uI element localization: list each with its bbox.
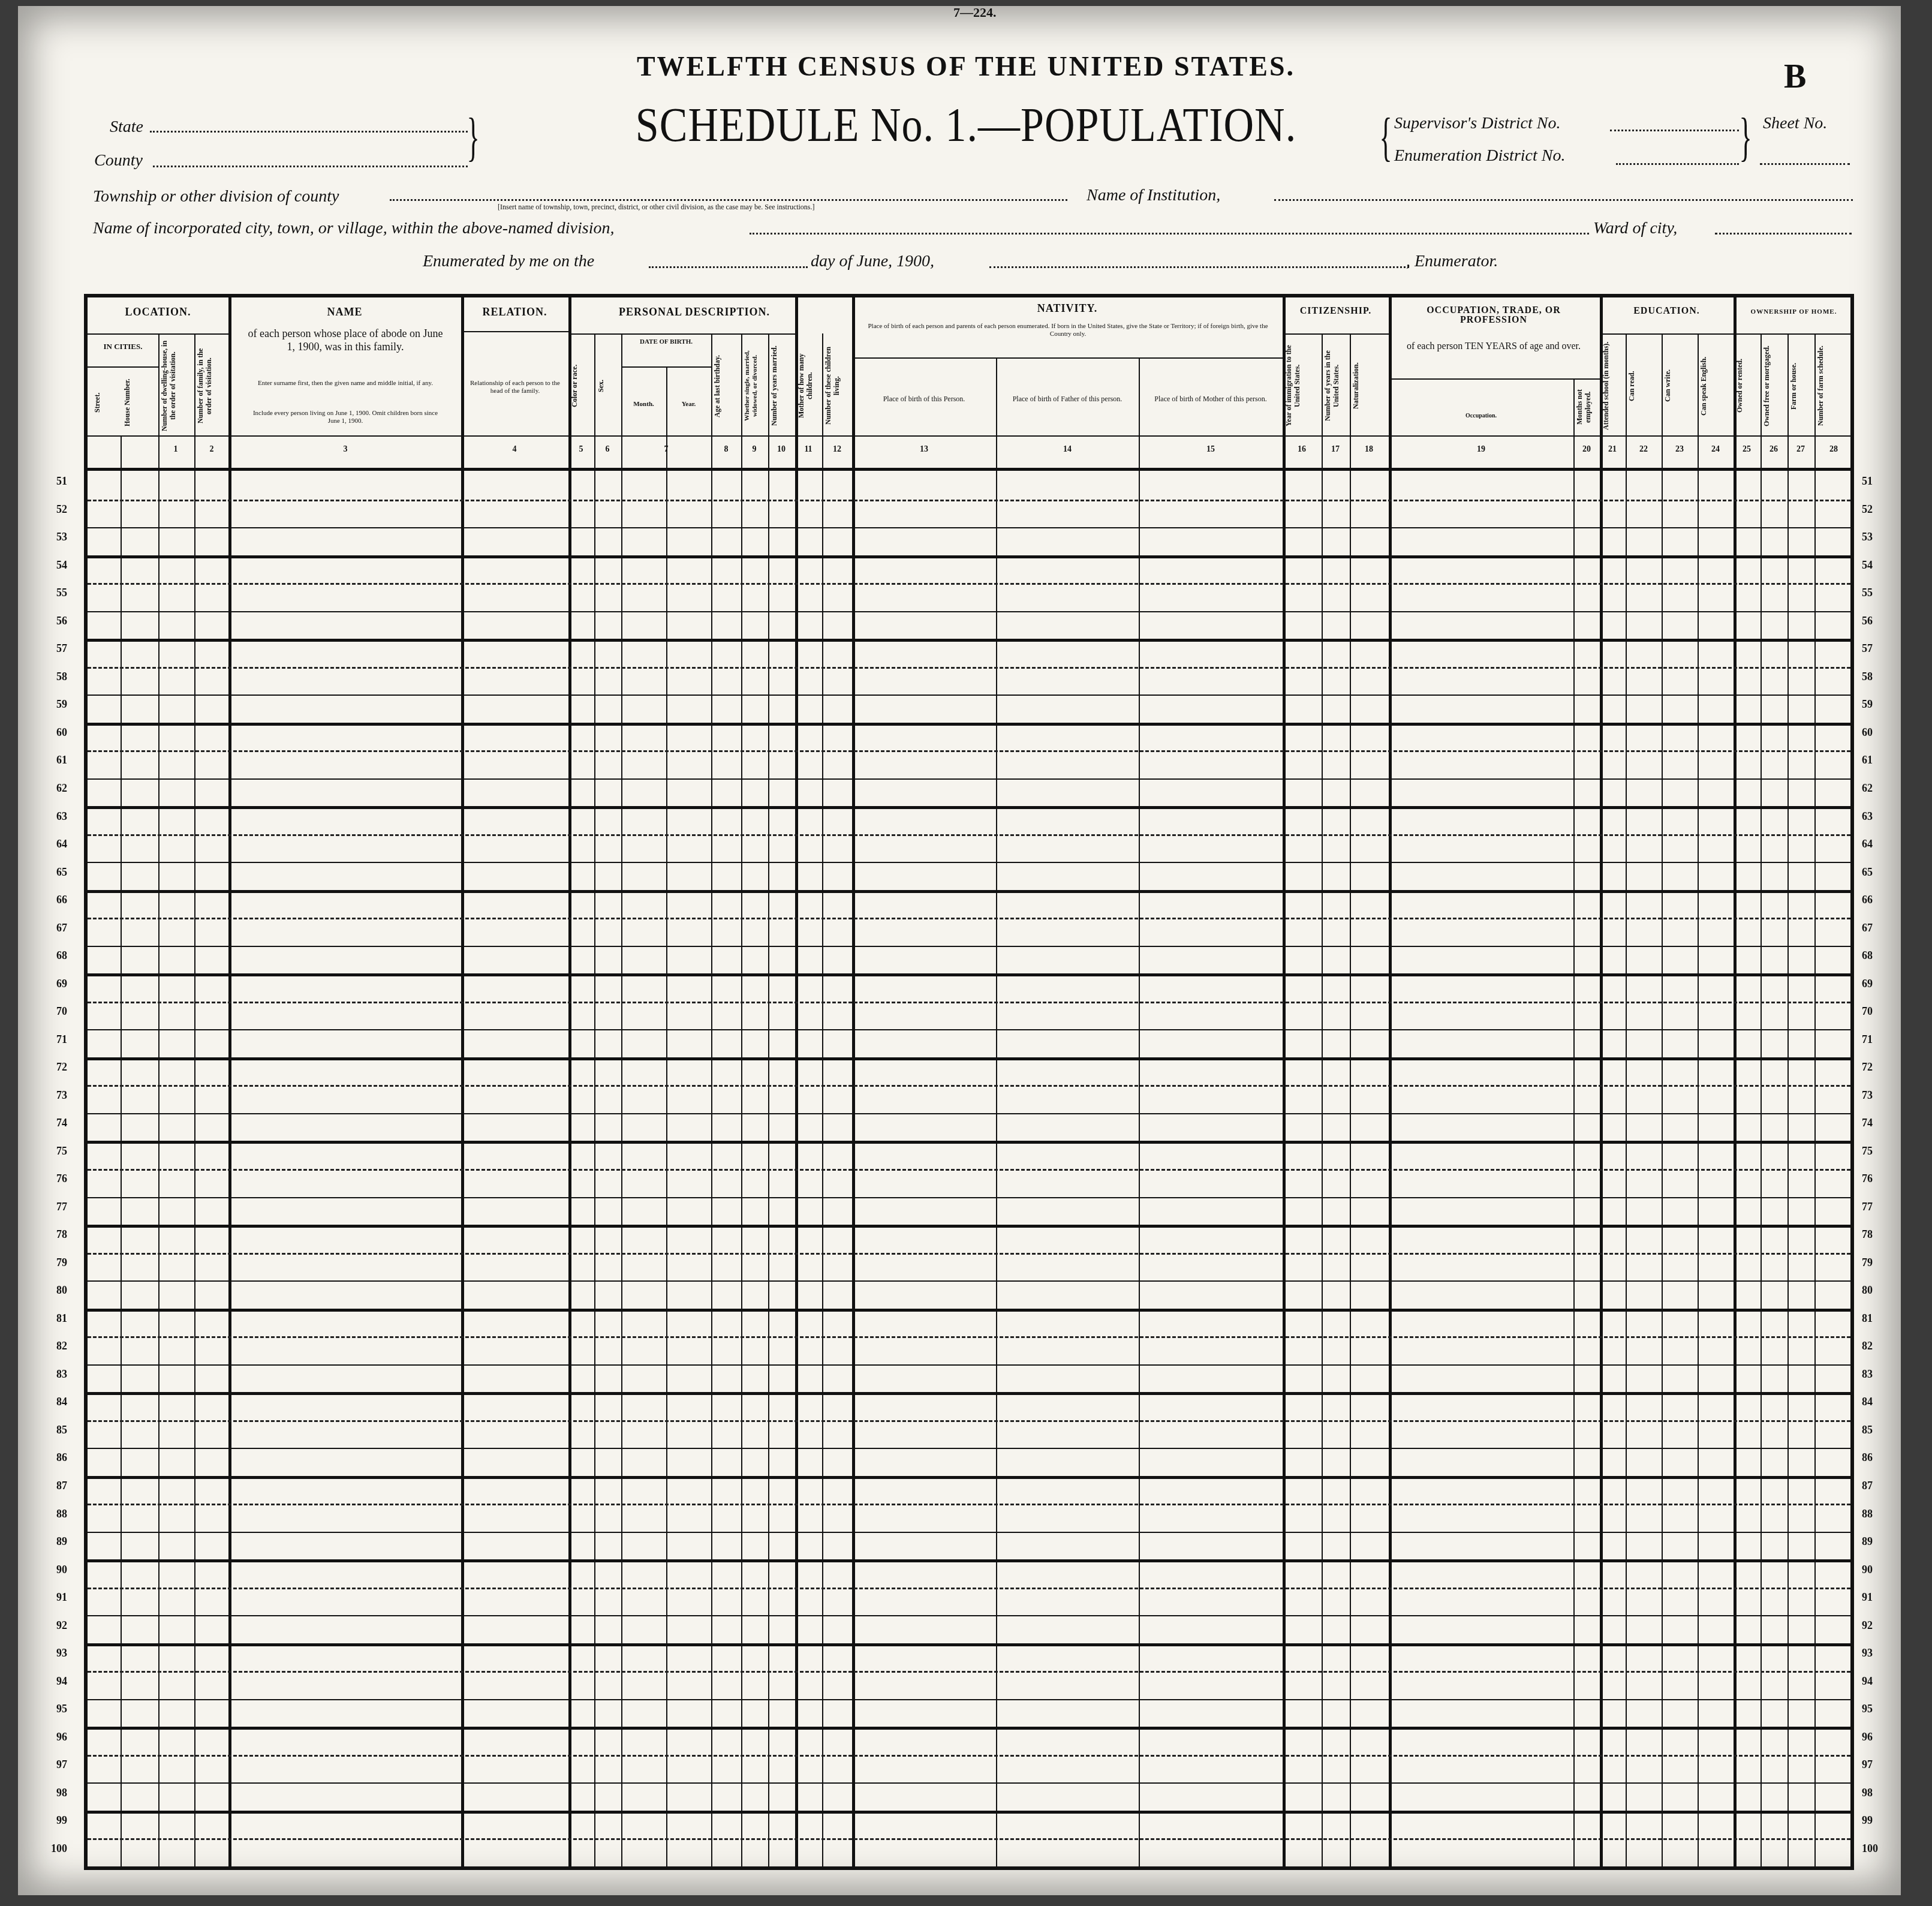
row-number-left: 63 [37,810,67,823]
row-number-left: 64 [37,838,67,850]
row-number-left: 98 [37,1787,67,1799]
row-number-left: 68 [37,949,67,962]
row-divider [88,946,1850,947]
row-divider [88,778,1850,780]
population-table: LOCATION. IN CITIES. NAME of each person… [84,294,1854,1870]
row-number-left: 55 [37,587,67,599]
row-number-right: 95 [1862,1703,1892,1715]
row-number-left: 87 [37,1480,67,1492]
row-divider [88,1559,1850,1562]
incorporated-place-label: Name of incorporated city, town, or vill… [93,219,614,238]
row-number-left: 75 [37,1145,67,1158]
row-divider [88,1280,1850,1282]
birth-father-header: Place of birth of Father of this person. [996,393,1139,404]
row-number-right: 91 [1862,1591,1892,1604]
location-header: LOCATION. [88,306,228,318]
column-number-6: 6 [595,445,619,455]
row-number-right: 77 [1862,1201,1892,1213]
row-number-right: 62 [1862,782,1892,795]
column-number-27: 27 [1789,445,1813,455]
ward-field[interactable] [1715,233,1852,235]
row-divider [88,1838,1850,1840]
marital-status-header: Whether single, married, widowed, or div… [744,339,766,432]
row-divider [88,1699,1850,1700]
date-of-birth-header: DATE OF BIRTH. [621,337,711,347]
row-number-left: 69 [37,978,67,990]
row-number-right: 90 [1862,1564,1892,1576]
row-number-right: 70 [1862,1005,1892,1018]
row-number-right: 85 [1862,1424,1892,1436]
column-number-18: 18 [1357,445,1381,455]
row-number-right: 71 [1862,1033,1892,1046]
district-brace-left: { [1380,112,1392,164]
row-divider [88,500,1850,501]
family-number-header: Number of family, in the order of visita… [197,339,227,432]
row-number-left: 54 [37,559,67,572]
row-divider [88,1811,1850,1814]
color-header: Color or race. [571,339,592,432]
row-number-left: 73 [37,1089,67,1102]
row-number-right: 84 [1862,1396,1892,1408]
row-number-right: 65 [1862,866,1892,879]
row-number-left: 93 [37,1647,67,1660]
column-number-5: 5 [569,445,593,455]
row-number-left: 97 [37,1758,67,1771]
row-number-left: 100 [37,1842,67,1855]
row-divider [88,1002,1850,1003]
row-divider [88,862,1850,863]
row-number-right: 74 [1862,1117,1892,1129]
row-divider [88,1113,1850,1114]
institution-field[interactable] [1274,199,1853,201]
supervisors-district-field[interactable] [1610,130,1739,131]
immigration-year-header: Year of immigration to the United States… [1285,339,1320,432]
row-number-left: 67 [37,922,67,934]
row-number-right: 66 [1862,894,1892,906]
column-number-19: 19 [1469,445,1493,455]
census-title: TWELFTH CENSUS OF THE UNITED STATES. [0,50,1932,82]
row-divider [88,834,1850,836]
row-number-right: 89 [1862,1535,1892,1548]
row-number-left: 85 [37,1424,67,1436]
relation-description: Relationship of each person to the head … [464,378,566,396]
row-number-right: 76 [1862,1173,1892,1185]
row-number-right: 81 [1862,1312,1892,1325]
row-number-left: 61 [37,754,67,766]
column-number-13: 13 [912,445,936,455]
column-number-4: 4 [502,445,526,455]
row-number-right: 69 [1862,978,1892,990]
row-divider [88,750,1850,752]
row-number-left: 51 [37,475,67,488]
can-speak-english-header: Can speak English. [1700,339,1731,432]
farm-schedule-header: Number of farm schedule. [1817,339,1852,432]
nativity-description: Place of birth of each person and parent… [864,321,1272,339]
column-number-14: 14 [1055,445,1079,455]
row-number-right: 67 [1862,922,1892,934]
row-divider [88,1420,1850,1422]
enumeration-district-field[interactable] [1616,163,1739,165]
row-divider [88,1057,1850,1060]
row-number-left: 81 [37,1312,67,1325]
row-number-left: 77 [37,1201,67,1213]
row-number-left: 84 [37,1396,67,1408]
county-label: County [94,151,143,170]
row-number-left: 57 [37,642,67,655]
row-number-right: 51 [1862,475,1892,488]
row-divider [88,1671,1850,1673]
row-number-left: 91 [37,1591,67,1604]
row-number-left: 59 [37,698,67,711]
row-number-left: 94 [37,1675,67,1688]
township-note: [Insert name of township, town, precinct… [498,203,815,212]
column-number-22: 22 [1632,445,1656,455]
row-number-right: 79 [1862,1256,1892,1269]
form-number: 7—224. [953,5,997,20]
supervisors-district-label: Supervisor's District No. [1394,114,1560,133]
enumeration-district-label: Enumeration District No. [1394,146,1565,166]
row-number-right: 55 [1862,587,1892,599]
row-number-right: 99 [1862,1814,1892,1827]
row-number-right: 83 [1862,1368,1892,1381]
row-number-left: 53 [37,531,67,543]
row-number-right: 63 [1862,810,1892,823]
row-number-right: 53 [1862,531,1892,543]
row-divider [88,1727,1850,1730]
row-divider [88,1309,1850,1312]
row-divider [88,583,1850,585]
row-divider [88,695,1850,696]
row-number-right: 88 [1862,1508,1892,1520]
row-number-left: 62 [37,782,67,795]
sex-header: Sex. [597,339,619,432]
row-divider [88,555,1850,558]
state-county-brace: } [467,112,480,164]
column-number-10: 10 [769,445,793,455]
row-number-right: 59 [1862,698,1892,711]
row-divider [88,1504,1850,1505]
education-header: EDUCATION. [1600,306,1734,317]
row-number-left: 79 [37,1256,67,1269]
column-number-17: 17 [1323,445,1347,455]
row-number-right: 86 [1862,1451,1892,1464]
years-married-header: Number of years married. [771,339,793,432]
row-number-right: 82 [1862,1340,1892,1352]
enumerated-month-year: day of June, 1900, [811,252,934,271]
occupation-header: OCCUPATION, TRADE, OR PROFESSION [1395,306,1593,325]
row-number-left: 90 [37,1564,67,1576]
nativity-header: NATIVITY. [852,302,1283,315]
row-number-left: 80 [37,1284,67,1297]
schedule-title: SCHEDULE No. 1.—POPULATION. [0,98,1932,154]
row-divider [88,1448,1850,1449]
row-number-left: 52 [37,503,67,516]
row-divider [88,1141,1850,1144]
row-number-left: 82 [37,1340,67,1352]
row-number-left: 95 [37,1703,67,1715]
row-number-right: 64 [1862,838,1892,850]
owned-rented-header: Owned or rented. [1736,339,1759,432]
column-number-26: 26 [1762,445,1786,455]
row-number-right: 57 [1862,642,1892,655]
row-divider [88,1476,1850,1479]
column-number-21: 21 [1600,445,1624,455]
in-cities-header: IN CITIES. [88,341,158,353]
row-number-right: 80 [1862,1284,1892,1297]
column-number-3: 3 [333,445,357,455]
row-number-right: 78 [1862,1228,1892,1241]
row-number-right: 73 [1862,1089,1892,1102]
row-divider [88,1755,1850,1757]
row-number-left: 71 [37,1033,67,1046]
row-number-left: 83 [37,1368,67,1381]
ownership-header: OWNERSHIP OF HOME. [1734,308,1854,315]
house-number-header: House Number. [124,372,154,432]
row-number-left: 70 [37,1005,67,1018]
row-divider [88,527,1850,528]
row-number-right: 92 [1862,1619,1892,1632]
dwelling-number-header: Number of dwelling-house, in the order o… [161,339,192,432]
row-number-left: 78 [37,1228,67,1241]
row-number-right: 98 [1862,1787,1892,1799]
column-number-25: 25 [1735,445,1759,455]
can-write-header: Can write. [1664,339,1695,432]
birth-person-header: Place of birth of this Person. [852,393,996,404]
row-divider [88,973,1850,976]
enumerated-day-field[interactable] [649,266,808,268]
enumerator-label: , Enumerator. [1406,252,1498,271]
row-number-left: 76 [37,1173,67,1185]
row-divider [88,806,1850,809]
years-in-us-header: Number of years in the United States. [1324,339,1348,432]
county-field[interactable] [153,166,468,167]
row-divider [88,1253,1850,1255]
citizenship-header: CITIZENSHIP. [1283,306,1389,317]
row-number-left: 96 [37,1731,67,1743]
row-number-right: 72 [1862,1061,1892,1074]
row-divider [88,1532,1850,1533]
enumerated-prefix: Enumerated by me on the [423,252,594,271]
row-number-right: 60 [1862,726,1892,739]
column-number-24: 24 [1704,445,1728,455]
row-divider [88,667,1850,669]
row-divider [88,1225,1850,1228]
column-number-8: 8 [714,445,738,455]
state-label: State [110,118,143,137]
month-header: Month. [621,399,666,410]
column-number-20: 20 [1575,445,1599,455]
row-divider [88,1782,1850,1784]
institution-label: Name of Institution, [1087,186,1220,205]
sheet-letter: B [1784,58,1806,96]
attended-school-header: Attended school (in months). [1602,339,1624,432]
children-living-header: Number of these children living. [824,339,850,432]
occupation-subheader: Occupation. [1389,411,1573,421]
row-number-left: 65 [37,866,67,879]
row-divider [88,1169,1850,1171]
row-divider [88,1643,1850,1646]
row-divider [88,611,1850,612]
row-number-right: 58 [1862,671,1892,683]
sheet-no-label: Sheet No. [1763,114,1827,133]
can-read-header: Can read. [1628,339,1659,432]
row-number-left: 66 [37,894,67,906]
column-number-23: 23 [1668,445,1692,455]
row-number-right: 87 [1862,1480,1892,1492]
row-divider [88,639,1850,642]
relation-header: RELATION. [461,306,568,318]
row-number-left: 60 [37,726,67,739]
row-number-right: 52 [1862,503,1892,516]
column-number-16: 16 [1290,445,1314,455]
row-number-right: 93 [1862,1647,1892,1660]
row-number-left: 89 [37,1535,67,1548]
incorporated-place-field[interactable] [750,233,1589,235]
row-number-left: 56 [37,615,67,627]
column-number-11: 11 [796,445,820,455]
row-divider [88,1392,1850,1395]
column-number-15: 15 [1199,445,1223,455]
row-divider [88,723,1850,726]
row-number-right: 100 [1862,1842,1892,1855]
row-divider [88,1085,1850,1087]
row-number-right: 96 [1862,1731,1892,1743]
row-number-right: 54 [1862,559,1892,572]
sheet-no-field[interactable] [1760,163,1850,165]
occupation-description: of each person TEN YEARS of age and over… [1395,339,1593,353]
name-description: of each person whose place of abode on J… [246,326,444,354]
row-divider [88,1364,1850,1366]
row-divider [88,890,1850,893]
ward-label: Ward of city, [1593,219,1677,238]
column-number-28: 28 [1822,445,1846,455]
row-number-left: 92 [37,1619,67,1632]
township-field[interactable] [390,199,1067,201]
row-divider [88,1615,1850,1616]
row-number-left: 58 [37,671,67,683]
row-number-right: 56 [1862,615,1892,627]
enumerator-name-field[interactable] [989,266,1409,268]
district-brace-right: } [1740,112,1752,164]
township-label: Township or other division of county [93,187,339,206]
column-number-2: 2 [200,445,224,455]
row-divider [88,918,1850,919]
mother-of-children-header: Mother of how many children. [798,339,820,432]
row-divider [88,1029,1850,1030]
row-number-left: 86 [37,1451,67,1464]
row-divider [88,1588,1850,1589]
name-instruction-include: Include every person living on June 1, 1… [246,408,444,426]
free-mortgaged-header: Owned free or mortgaged. [1763,339,1786,432]
row-number-right: 97 [1862,1758,1892,1771]
row-number-right: 61 [1862,754,1892,766]
column-number-12: 12 [825,445,849,455]
column-number-7: 7 [654,445,678,455]
naturalization-header: Naturalization. [1352,339,1387,432]
row-divider [88,1336,1850,1338]
row-number-left: 74 [37,1117,67,1129]
row-number-left: 88 [37,1508,67,1520]
name-instruction-surname: Enter surname first, then the given name… [246,378,444,389]
year-header: Year. [666,399,711,410]
row-number-right: 68 [1862,949,1892,962]
column-number-1: 1 [164,445,188,455]
months-unemployed-header: Months not employed. [1576,381,1599,432]
state-field[interactable] [150,131,468,133]
farm-house-header: Farm or house. [1790,339,1813,432]
name-header: NAME [228,306,461,318]
column-number-9: 9 [742,445,766,455]
row-number-left: 99 [37,1814,67,1827]
row-number-right: 75 [1862,1145,1892,1158]
age-header: Age at last birthday. [714,339,739,432]
row-divider [88,1197,1850,1198]
row-number-right: 94 [1862,1675,1892,1688]
personal-description-header: PERSONAL DESCRIPTION. [568,306,820,318]
birth-mother-header: Place of birth of Mother of this person. [1139,393,1283,404]
row-number-left: 72 [37,1061,67,1074]
street-header: Street. [94,372,118,432]
